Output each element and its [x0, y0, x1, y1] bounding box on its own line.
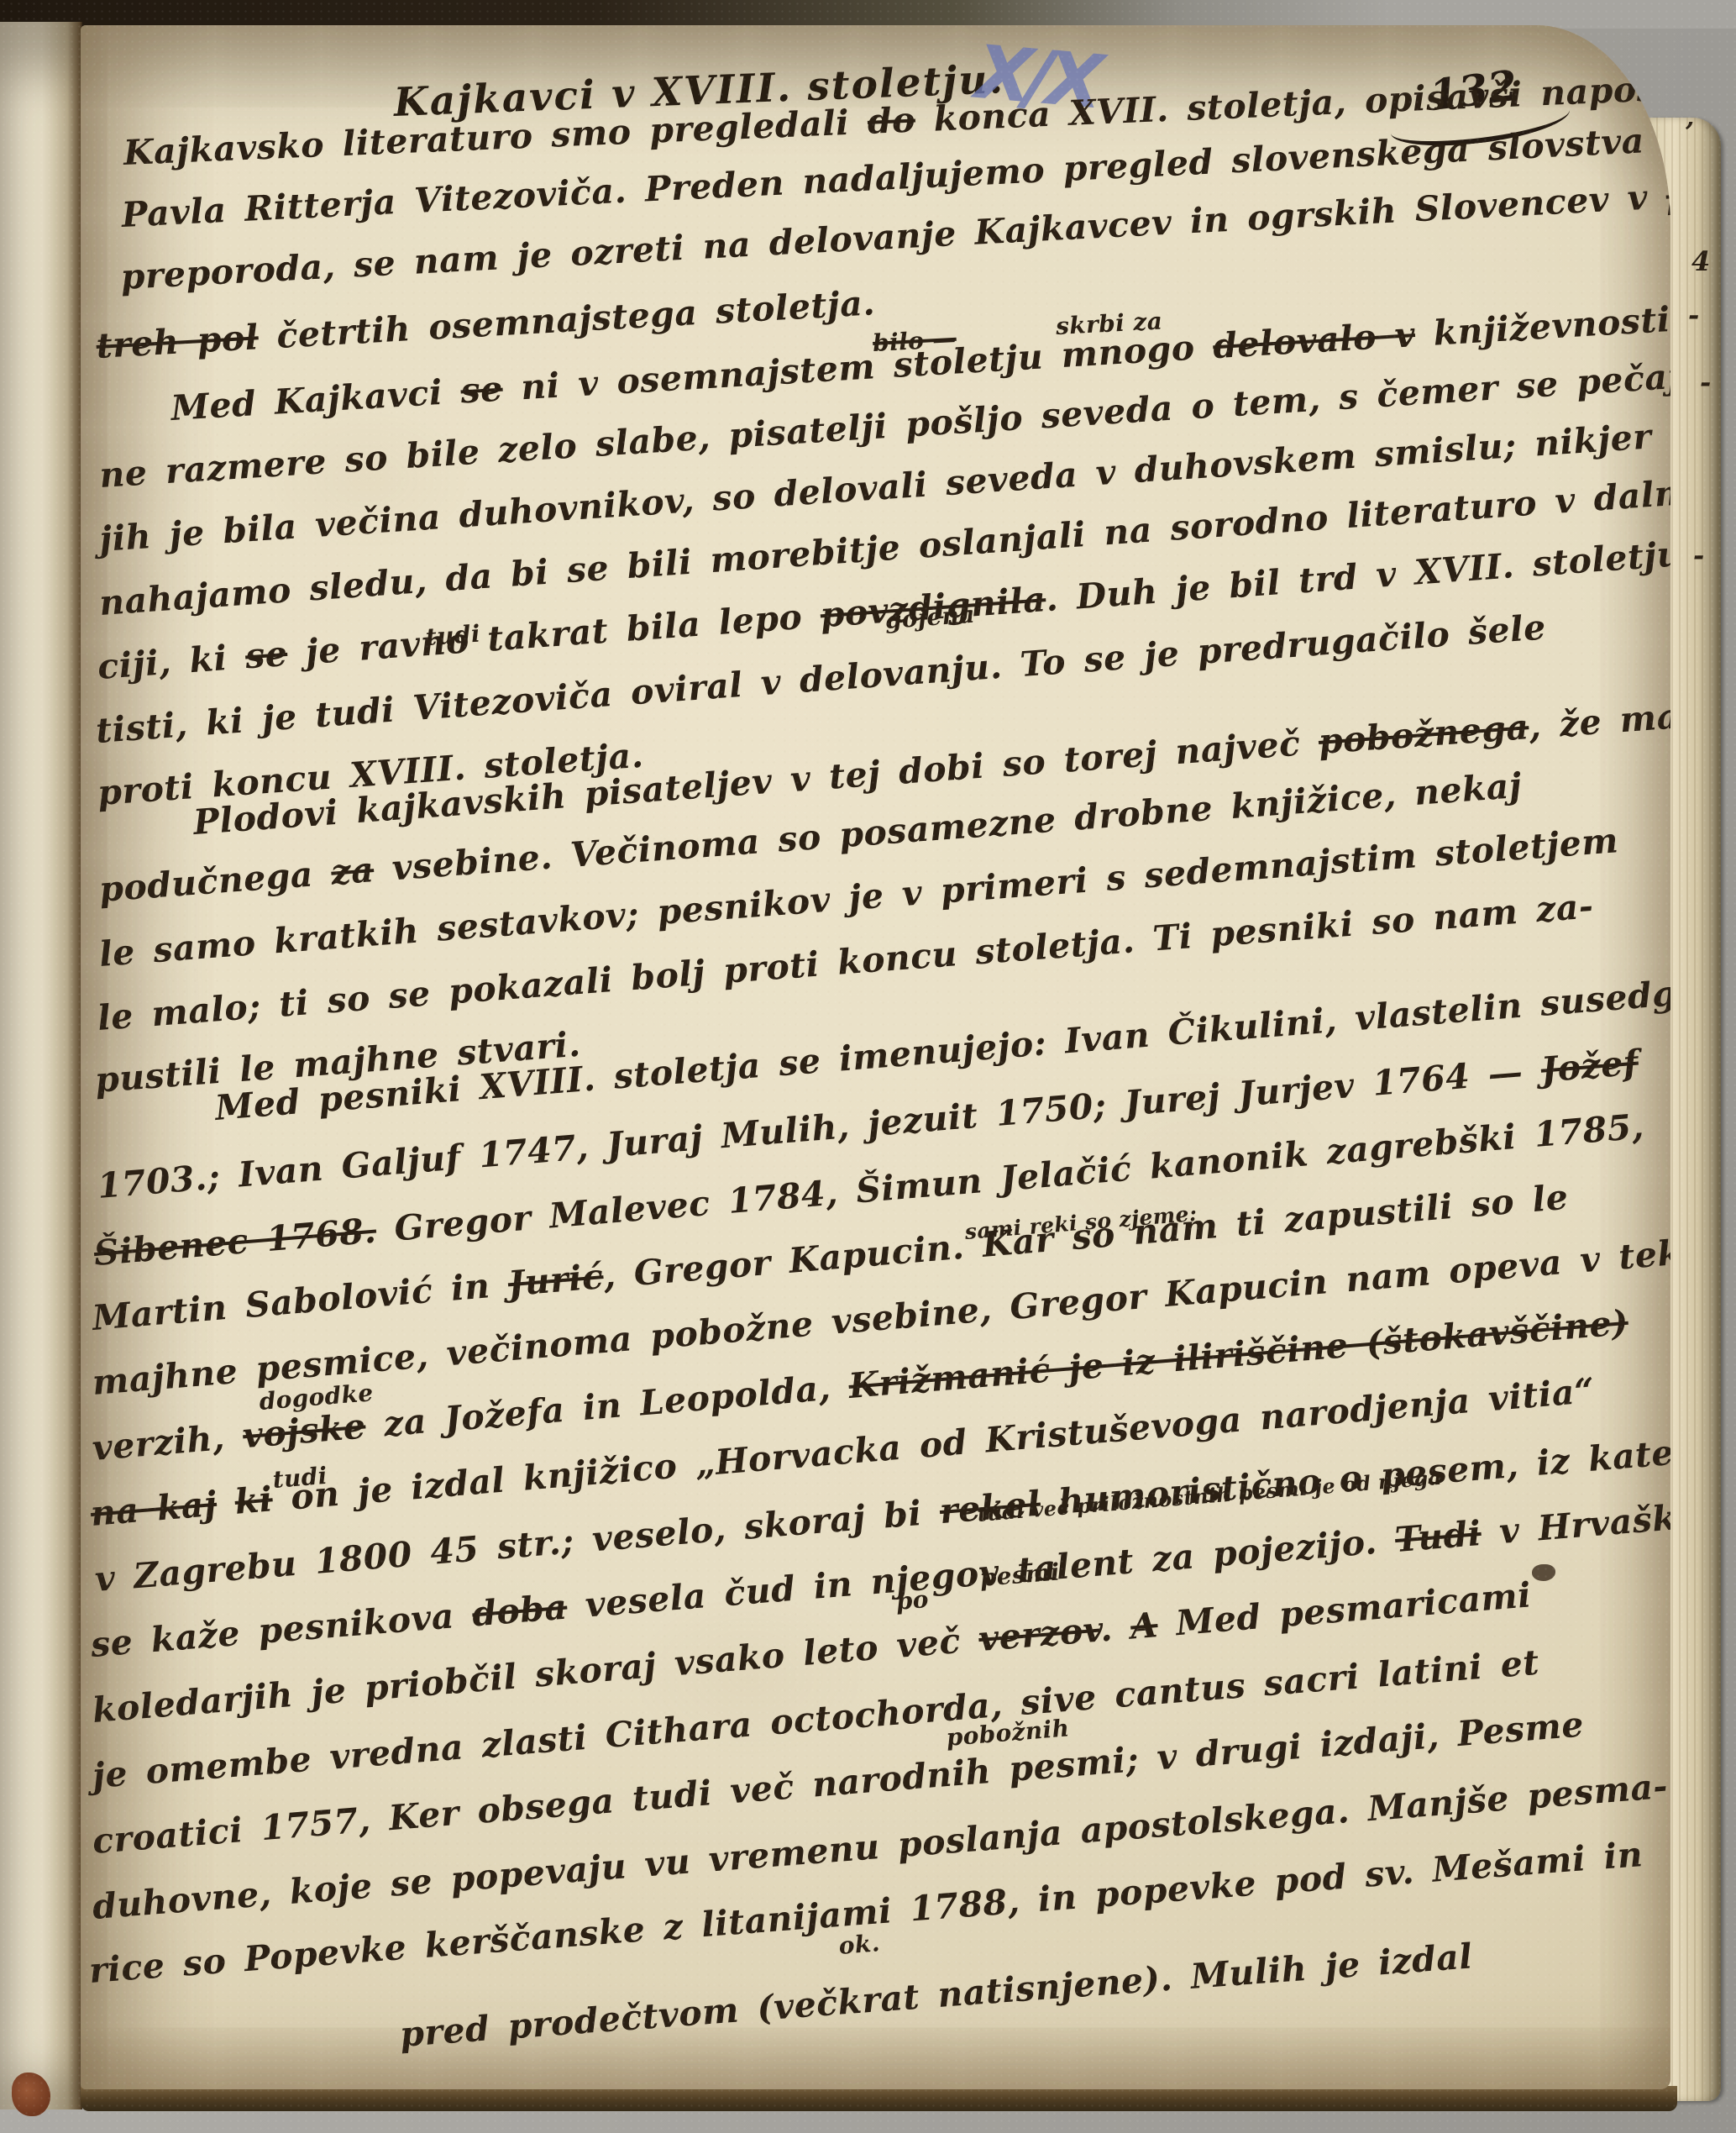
fore-edge-mark: -	[1688, 299, 1699, 331]
fore-edge-mark: ’	[1685, 116, 1694, 148]
fore-edge-mark: -	[1700, 366, 1711, 398]
fore-edge-mark: -	[1693, 539, 1704, 571]
interline-insertion: tudi	[271, 1462, 328, 1494]
book-bottom-edge	[81, 2086, 1677, 2111]
interline-insertion: bilo —	[872, 325, 957, 357]
manuscript-photo: Kajkavci v XVIII. stoletju. X∕X 132 Kajk…	[0, 0, 1736, 2133]
interline-insertion: gojena	[884, 601, 976, 634]
interline-insertion: ok.	[837, 1929, 881, 1960]
interline-insertion: skrbi za	[1055, 307, 1163, 340]
interline-insertion: po	[894, 1585, 930, 1616]
fore-edge-mark: 4	[1691, 245, 1710, 277]
interline-insertion: tudi	[425, 620, 481, 651]
previous-page-edge	[0, 22, 82, 2109]
ink-blot	[1532, 1564, 1555, 1581]
background-shadow	[0, 0, 1736, 29]
manuscript-page: Kajkavci v XVIII. stoletju. X∕X 132 Kajk…	[81, 25, 1670, 2089]
